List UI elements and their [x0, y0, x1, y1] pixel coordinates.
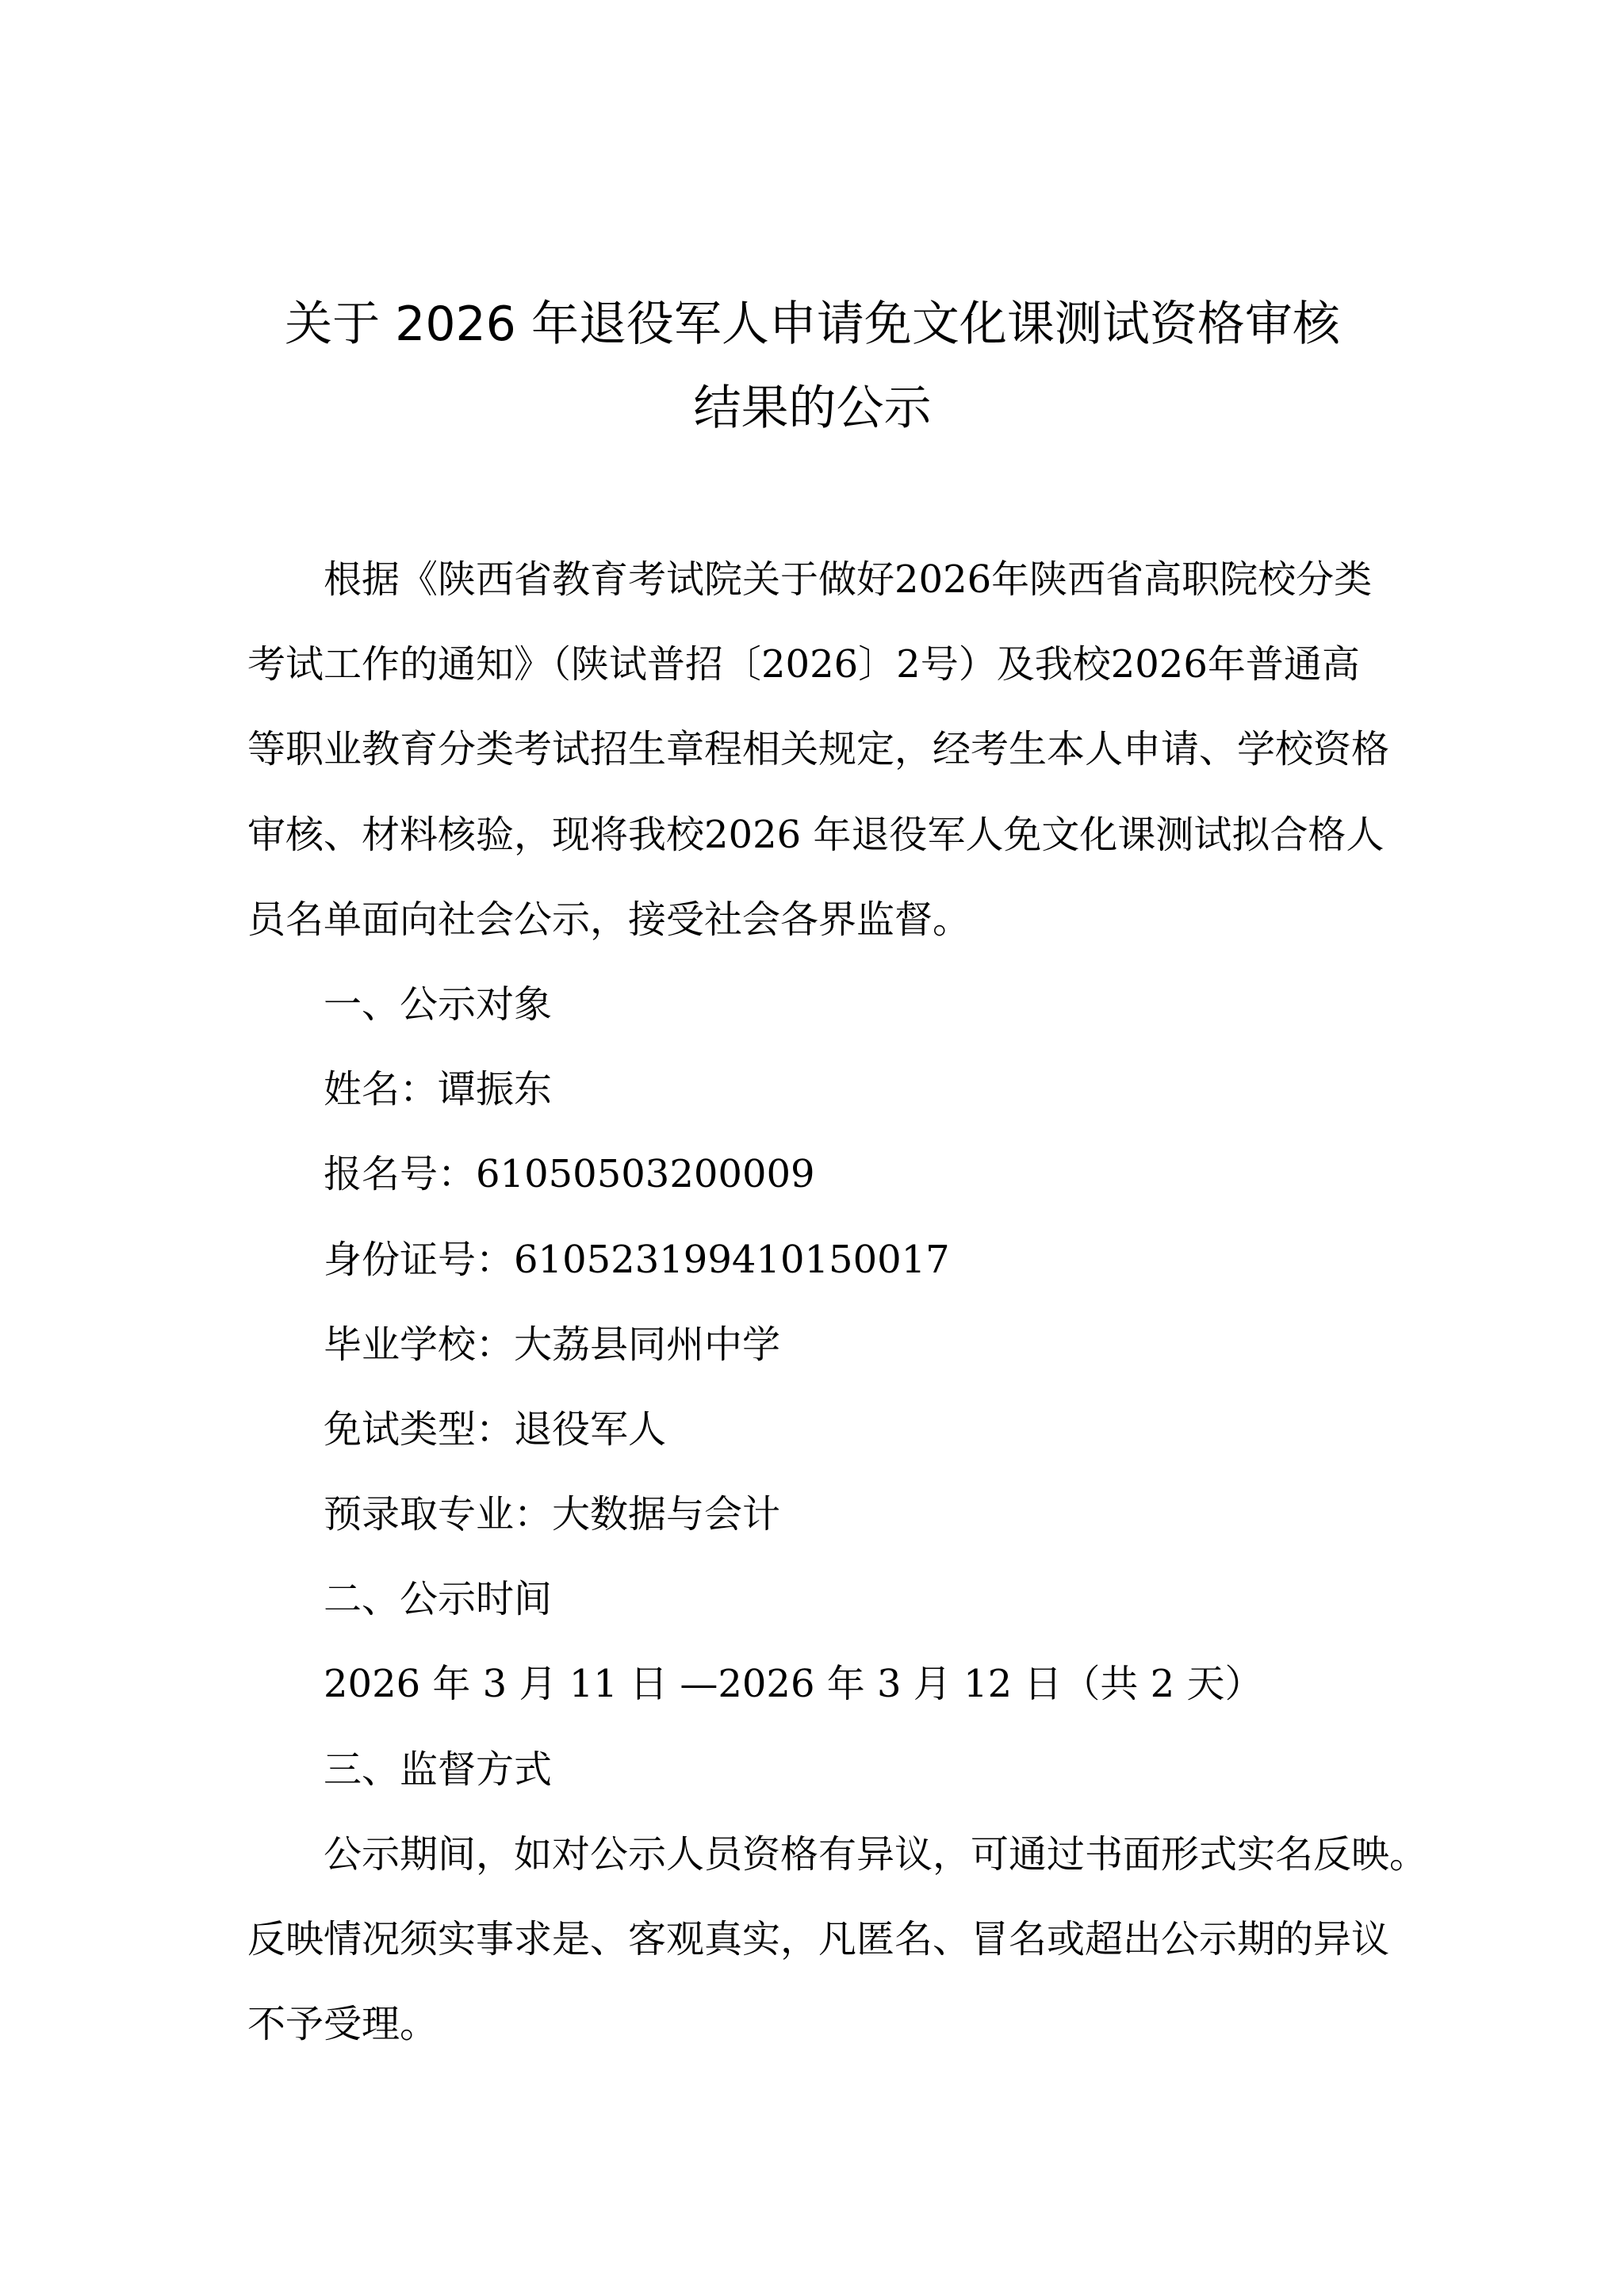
supervision-line-2: 反映情况须实事求是、客观真实，凡匿名、冒名或超出公示期的异议 [247, 1897, 1389, 1982]
field-value: 大数据与会计 [552, 1492, 780, 1536]
field-label: 报名号： [324, 1152, 476, 1196]
field-value: 610523199410150017 [514, 1238, 950, 1282]
field-value: 退役军人 [514, 1407, 666, 1452]
publicity-date-range: 2026 年 3 月 11 日 —2026 年 3 月 12 日（共 2 天） [247, 1642, 1389, 1727]
intro-paragraph: 根据《陕西省教育考试院关于做好2026年陕西省高职院校分类 考试工作的通知》（陕… [247, 538, 1389, 962]
field-label: 姓名： [324, 1067, 438, 1112]
field-value: 大荔县同州中学 [514, 1322, 780, 1367]
field-admitted-major: 预录取专业：大数据与会计 [247, 1472, 1389, 1557]
field-graduation-school: 毕业学校：大荔县同州中学 [247, 1303, 1389, 1387]
intro-line-1: 根据《陕西省教育考试院关于做好2026年陕西省高职院校分类 [247, 538, 1389, 622]
section-heading: 二、公示时间 [247, 1557, 1389, 1642]
field-exemption-type: 免试类型：退役军人 [247, 1387, 1389, 1472]
section-heading: 三、监督方式 [247, 1728, 1389, 1812]
title-line-1: 关于 2026 年退役军人申请免文化课测试资格审核 [247, 282, 1377, 366]
section-publicity-subject: 一、公示对象 姓名：谭振东 报名号：61050503200009 身份证号：61… [247, 962, 1389, 1557]
field-label: 免试类型： [324, 1407, 514, 1452]
field-label: 预录取专业： [324, 1492, 552, 1536]
field-id-number: 身份证号：610523199410150017 [247, 1218, 1389, 1303]
field-label: 毕业学校： [324, 1322, 514, 1367]
field-registration-number: 报名号：61050503200009 [247, 1132, 1389, 1217]
field-value: 谭振东 [438, 1067, 552, 1112]
title-line-2: 结果的公示 [247, 366, 1377, 450]
field-name: 姓名：谭振东 [247, 1047, 1389, 1132]
field-label: 身份证号： [324, 1238, 514, 1282]
intro-line-3: 等职业教育分类考试招生章程相关规定，经考生本人申请、学校资格 [247, 707, 1389, 792]
field-value: 61050503200009 [476, 1152, 815, 1196]
intro-line-5: 员名单面向社会公示，接受社会各界监督。 [247, 878, 1389, 962]
intro-line-4: 审核、材料核验，现将我校2026 年退役军人免文化课测试拟合格人 [247, 793, 1389, 878]
intro-line-2: 考试工作的通知》（陕试普招〔2026〕2号）及我校2026年普通高 [247, 622, 1389, 707]
supervision-line-3: 不予受理。 [247, 1982, 1389, 2067]
document-page: 关于 2026 年退役军人申请免文化课测试资格审核 结果的公示 根据《陕西省教育… [0, 0, 1624, 2296]
section-publicity-period: 二、公示时间 2026 年 3 月 11 日 —2026 年 3 月 12 日（… [247, 1557, 1389, 1727]
document-title: 关于 2026 年退役军人申请免文化课测试资格审核 结果的公示 [247, 282, 1377, 450]
section-heading: 一、公示对象 [247, 962, 1389, 1047]
supervision-line-1: 公示期间，如对公示人员资格有异议，可通过书面形式实名反映。 [247, 1812, 1389, 1897]
document-body: 根据《陕西省教育考试院关于做好2026年陕西省高职院校分类 考试工作的通知》（陕… [247, 538, 1389, 2067]
section-supervision-method: 三、监督方式 公示期间，如对公示人员资格有异议，可通过书面形式实名反映。 反映情… [247, 1728, 1389, 2068]
